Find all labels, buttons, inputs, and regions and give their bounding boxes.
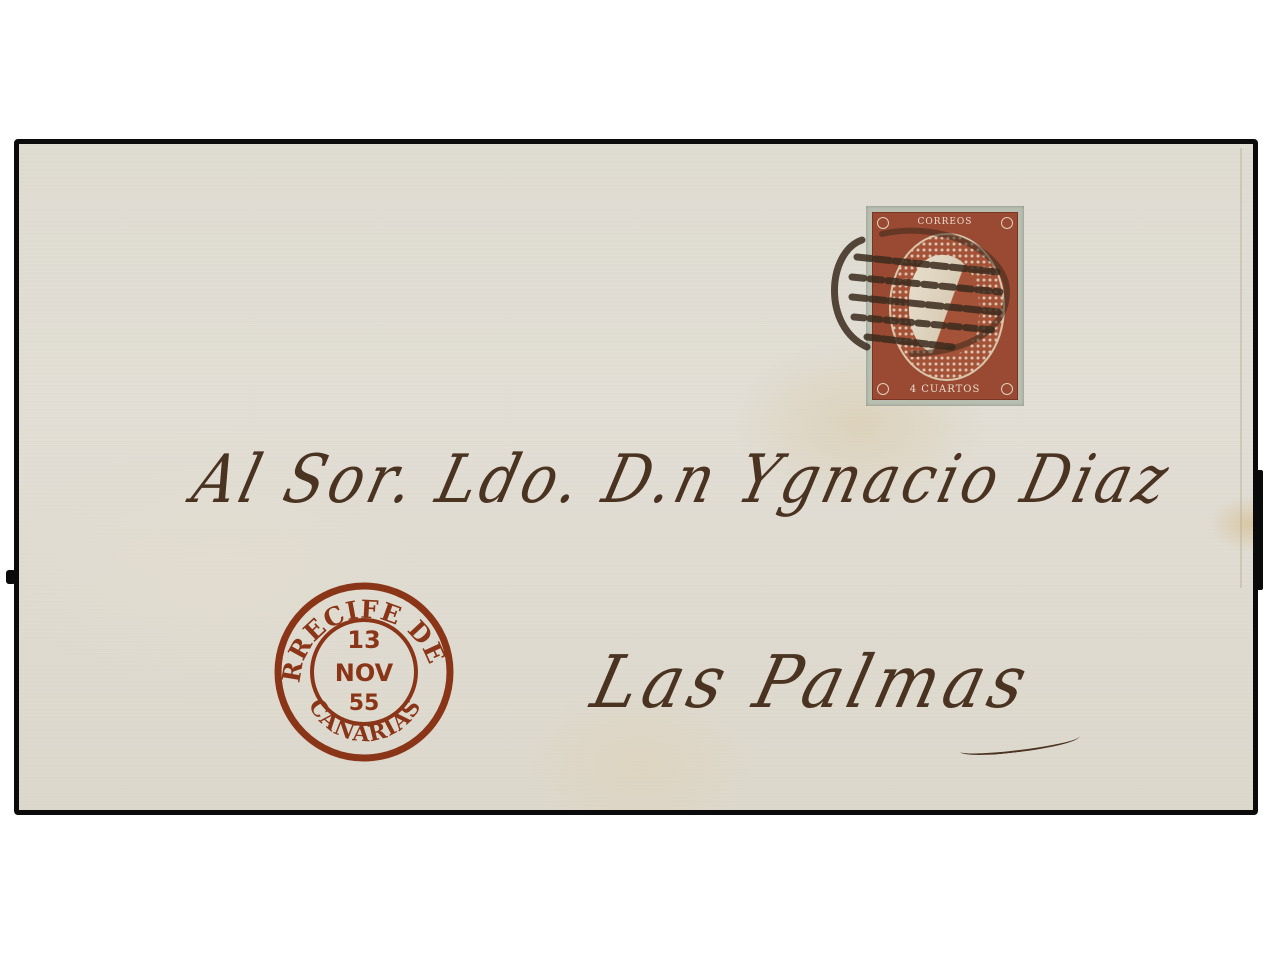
address-destination: Las Palmas <box>584 640 1041 725</box>
stamp-corner-ornament-icon <box>1001 217 1013 229</box>
queen-portrait-icon <box>909 255 979 355</box>
postmark-month: NOV <box>335 659 394 687</box>
stamp-frame: CORREOS 4 CUARTOS <box>872 212 1018 400</box>
postmark-year: 55 <box>349 691 380 716</box>
circular-date-postmark: ARRECIFE DE L. CANARIAS 13 NOV 55 <box>272 580 456 764</box>
postmark-day: 13 <box>347 626 380 654</box>
stamp-top-label: CORREOS <box>873 217 1017 227</box>
address-recipient: Al Sor. Ldo. D.n Ygnacio Diaz <box>186 440 1180 518</box>
postage-stamp: CORREOS 4 CUARTOS <box>866 206 1024 406</box>
stamp-value-label: 4 CUARTOS <box>873 384 1017 395</box>
stamp-corner-ornament-icon <box>877 217 889 229</box>
fold-line <box>1240 148 1242 588</box>
